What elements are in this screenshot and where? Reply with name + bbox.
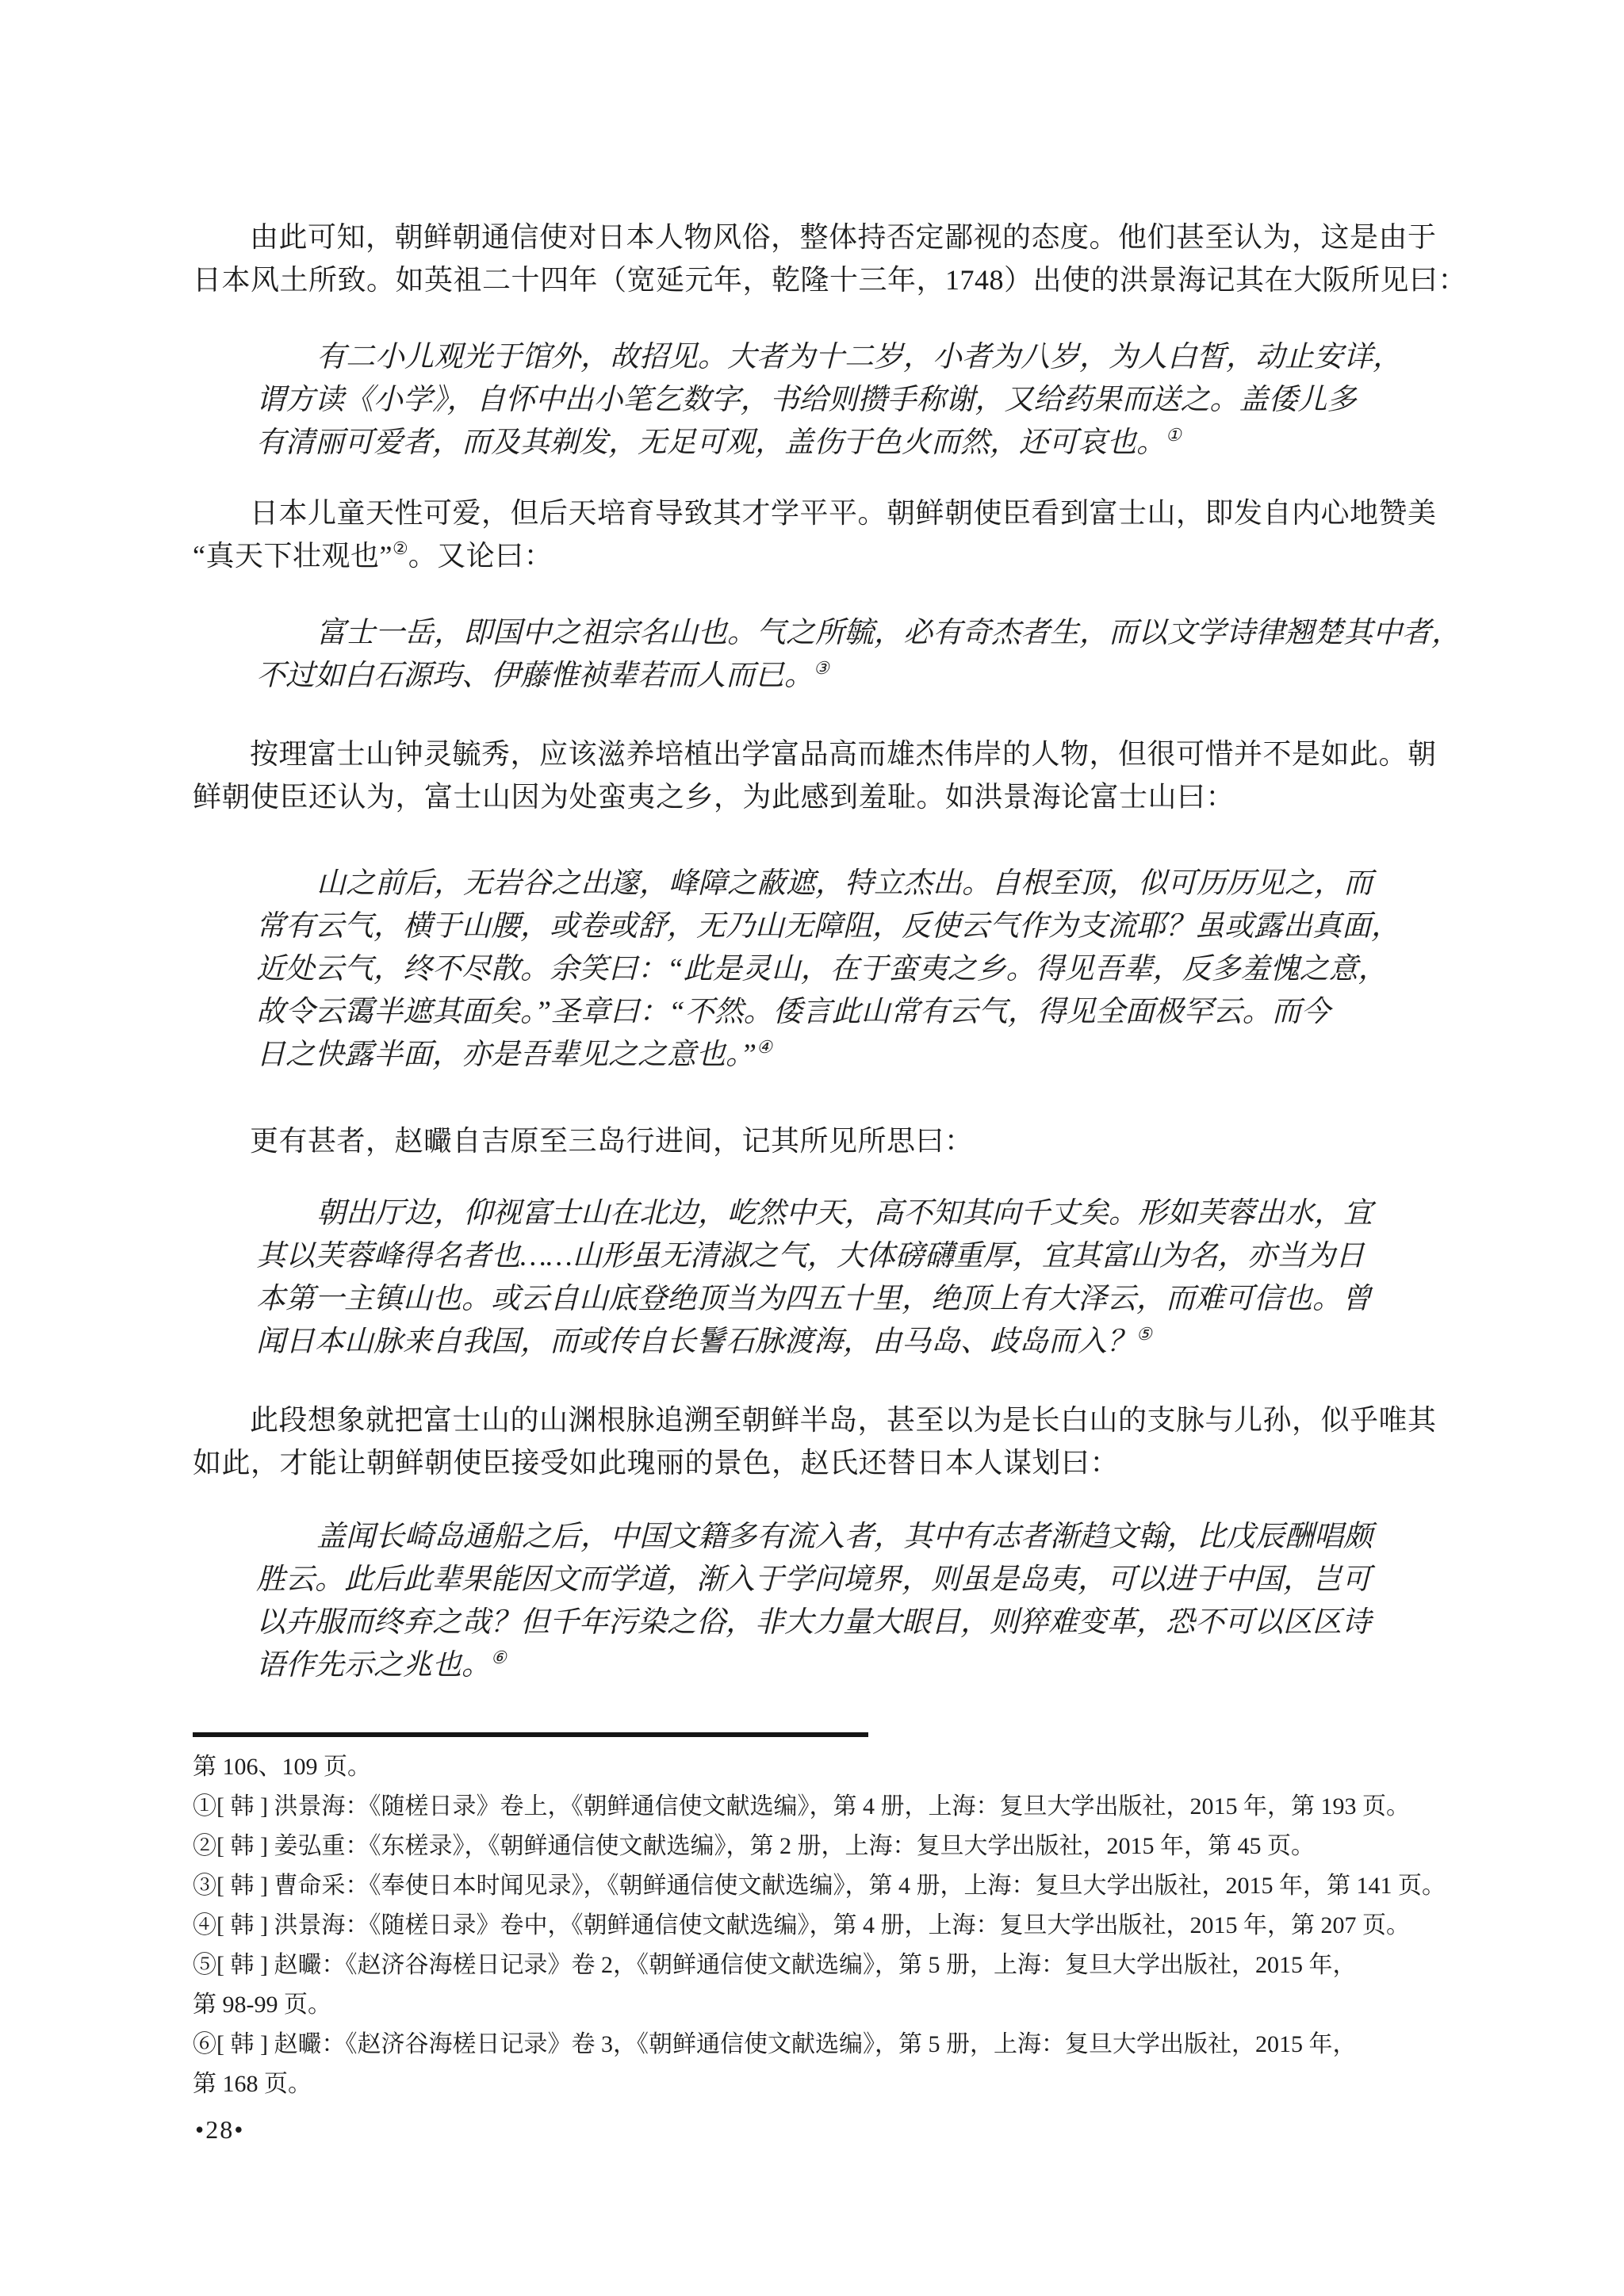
footnote-ref-6: ⑥ bbox=[491, 1647, 507, 1667]
quote-block-2: 富士一岳，即国中之祖宗名山也。气之所毓，必有奇杰者生，而以文学诗律翘楚其中者， … bbox=[256, 612, 1393, 698]
quote-block-3: 山之前后，无岩谷之出邃，峰障之蔽遮，特立杰出。自根至顶，似可历历见之，而 常有云… bbox=[256, 863, 1393, 1077]
footnote-4: ④[ 韩 ] 洪景海：《随槎日录》卷中，《朝鲜通信使文献选编》，第 4 册，上海… bbox=[193, 1906, 1465, 1946]
quote-line: 故令云霭半遮其面矣。”圣章曰：“不然。倭言此山常有云气，得见全面极罕云。而今 bbox=[256, 991, 1393, 1034]
footnote-2: ②[ 韩 ] 姜弘重：《东槎录》，《朝鲜通信使文献选编》，第 2 册，上海：复旦… bbox=[193, 1827, 1465, 1866]
footnote-6-cont: 第 168 页。 bbox=[193, 2064, 1465, 2104]
quote-line: 胜云。此后此辈果能因文而学道，渐入于学问境界，则虽是岛夷，可以进于中国，岂可 bbox=[256, 1559, 1393, 1601]
footnote-ref-3: ③ bbox=[814, 658, 829, 678]
footnote-1: ①[ 韩 ] 洪景海：《随槎日录》卷上，《朝鲜通信使文献选编》，第 4 册，上海… bbox=[193, 1787, 1465, 1827]
text-line: “真天下壮观也”②。又论曰： bbox=[193, 534, 1444, 577]
quote-line: 不过如白石源玙、伊藤惟祯辈若而人而已。③ bbox=[256, 655, 1393, 698]
footnote-continuation: 第 106、109 页。 bbox=[193, 1747, 1465, 1787]
quote-line: 其以芙蓉峰得名者也……山形虽无清淑之气，大体磅礴重厚，宜其富山为名，亦当为日 bbox=[256, 1235, 1393, 1278]
text-line: 日本儿童天性可爱，但后天培育导致其才学平平。朝鲜朝使臣看到富士山，即发自内心地赞… bbox=[193, 492, 1444, 534]
quote-line: 富士一岳，即国中之祖宗名山也。气之所毓，必有奇杰者生，而以文学诗律翘楚其中者， bbox=[256, 612, 1393, 655]
main-text: 由此可知，朝鲜朝通信使对日本人物风俗，整体持否定鄙视的态度。他们甚至认为，这是由… bbox=[193, 216, 1444, 1687]
quote-block-5: 盖闻长崎岛通船之后，中国文籍多有流入者，其中有志者渐趋文翰，比戊辰酬唱颇 胜云。… bbox=[256, 1516, 1393, 1687]
quote-line: 有清丽可爱者，而及其剃发，无足可观，盖伤于色火而然，还可哀也。① bbox=[256, 422, 1393, 465]
page-number: •28• bbox=[195, 2115, 244, 2145]
paragraph-2: 日本儿童天性可爱，但后天培育导致其才学平平。朝鲜朝使臣看到富士山，即发自内心地赞… bbox=[193, 492, 1444, 577]
text-line: 此段想象就把富士山的山渊根脉追溯至朝鲜半岛，甚至以为是长白山的支脉与儿孙，似乎唯… bbox=[193, 1399, 1444, 1441]
text-line: 如此，才能让朝鲜朝使臣接受如此瑰丽的景色，赵氏还替日本人谋划曰： bbox=[193, 1441, 1444, 1484]
footnote-ref-4: ④ bbox=[756, 1037, 772, 1057]
quote-line: 有二小儿观光于馆外，故招见。大者为十二岁，小者为八岁，为人白皙，动止安详， bbox=[256, 336, 1393, 379]
document-page: 由此可知，朝鲜朝通信使对日本人物风俗，整体持否定鄙视的态度。他们甚至认为，这是由… bbox=[0, 0, 1624, 2296]
quote-line: 语作先示之兆也。⑥ bbox=[256, 1644, 1393, 1687]
text-line: 更有甚者，赵曮自吉原至三岛行进间，记其所见所思曰： bbox=[193, 1119, 1444, 1162]
footnote-5-cont: 第 98-99 页。 bbox=[193, 1985, 1465, 2025]
quote-block-4: 朝出厅边，仰视富士山在北边，屹然中天，高不知其向千丈矣。形如芙蓉出水，宜 其以芙… bbox=[256, 1192, 1393, 1364]
text-line: 日本风土所致。如英祖二十四年（宽延元年，乾隆十三年，1748）出使的洪景海记其在… bbox=[193, 258, 1444, 301]
footnote-ref-1: ① bbox=[1166, 425, 1182, 445]
quote-line: 山之前后，无岩谷之出邃，峰障之蔽遮，特立杰出。自根至顶，似可历历见之，而 bbox=[256, 863, 1393, 905]
quote-line: 闻日本山脉来自我国，而或传自长鬐石脉渡海，由马岛、歧岛而入？⑤ bbox=[256, 1321, 1393, 1364]
quote-line: 近处云气，终不尽散。余笑曰：“此是灵山，在于蛮夷之乡。得见吾辈，反多羞愧之意， bbox=[256, 948, 1393, 991]
quote-line: 本第一主镇山也。或云自山底登绝顶当为四五十里，绝顶上有大泽云，而难可信也。曾 bbox=[256, 1278, 1393, 1321]
footnotes-section: 第 106、109 页。 ①[ 韩 ] 洪景海：《随槎日录》卷上，《朝鲜通信使文… bbox=[193, 1747, 1465, 2104]
text-line: 按理富士山钟灵毓秀，应该滋养培植出学富品高而雄杰伟岸的人物，但很可惜并不是如此。… bbox=[193, 733, 1444, 775]
paragraph-4: 更有甚者，赵曮自吉原至三岛行进间，记其所见所思曰： bbox=[193, 1119, 1444, 1162]
quote-line: 以卉服而终弃之哉？但千年污染之俗，非大力量大眼目，则猝难变革，恐不可以区区诗 bbox=[256, 1601, 1393, 1644]
quote-line: 谓方读《小学》，自怀中出小笔乞数字，书给则攒手称谢，又给药果而送之。盖倭儿多 bbox=[256, 379, 1393, 422]
quote-line: 朝出厅边，仰视富士山在北边，屹然中天，高不知其向千丈矣。形如芙蓉出水，宜 bbox=[256, 1192, 1393, 1235]
footnote-ref-5: ⑤ bbox=[1136, 1324, 1152, 1344]
quote-line: 日之快露半面，亦是吾辈见之之意也。”④ bbox=[256, 1034, 1393, 1077]
footnote-6: ⑥[ 韩 ] 赵曮：《赵济谷海槎日记录》卷 3，《朝鲜通信使文献选编》，第 5 … bbox=[193, 2025, 1465, 2064]
footnote-separator-rule bbox=[193, 1732, 868, 1737]
paragraph-5: 此段想象就把富士山的山渊根脉追溯至朝鲜半岛，甚至以为是长白山的支脉与儿孙，似乎唯… bbox=[193, 1399, 1444, 1484]
footnote-5: ⑤[ 韩 ] 赵曮：《赵济谷海槎日记录》卷 2，《朝鲜通信使文献选编》，第 5 … bbox=[193, 1946, 1465, 1985]
paragraph-1: 由此可知，朝鲜朝通信使对日本人物风俗，整体持否定鄙视的态度。他们甚至认为，这是由… bbox=[193, 216, 1444, 301]
footnote-3: ③[ 韩 ] 曹命采：《奉使日本时闻见录》，《朝鲜通信使文献选编》，第 4 册，… bbox=[193, 1866, 1465, 1906]
paragraph-3: 按理富士山钟灵毓秀，应该滋养培植出学富品高而雄杰伟岸的人物，但很可惜并不是如此。… bbox=[193, 733, 1444, 818]
quote-block-1: 有二小儿观光于馆外，故招见。大者为十二岁，小者为八岁，为人白皙，动止安详， 谓方… bbox=[256, 336, 1393, 465]
footnote-ref-2: ② bbox=[393, 538, 408, 558]
quote-line: 常有云气，横于山腰，或卷或舒，无乃山无障阻，反使云气作为支流耶？虽或露出真面， bbox=[256, 905, 1393, 948]
text-line: 鲜朝使臣还认为，富士山因为处蛮夷之乡，为此感到羞耻。如洪景海论富士山曰： bbox=[193, 775, 1444, 818]
text-line: 由此可知，朝鲜朝通信使对日本人物风俗，整体持否定鄙视的态度。他们甚至认为，这是由… bbox=[193, 216, 1444, 258]
quote-line: 盖闻长崎岛通船之后，中国文籍多有流入者，其中有志者渐趋文翰，比戊辰酬唱颇 bbox=[256, 1516, 1393, 1559]
